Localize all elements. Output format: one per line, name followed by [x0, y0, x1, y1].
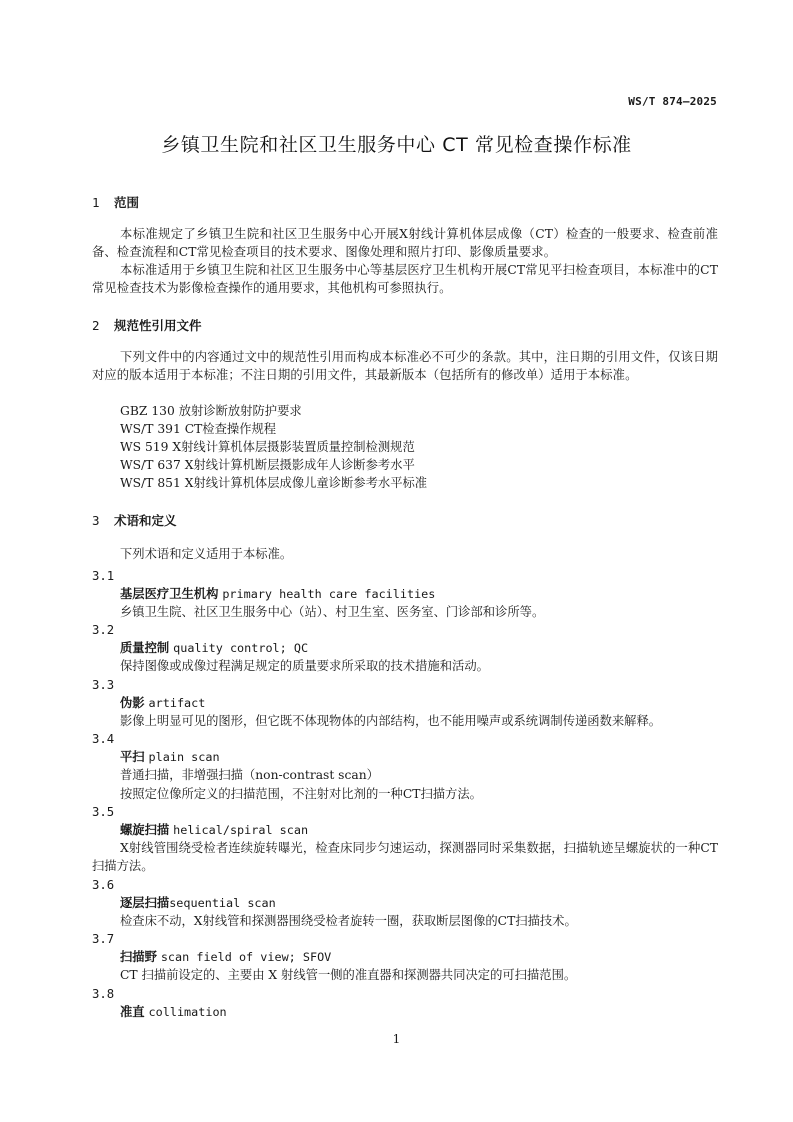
term-definition: X射线管围绕受检者连续旋转曝光，检查床同步匀速运动，探测器同时采集数据，扫描轨迹… [92, 839, 718, 875]
clause-number: 3.6 [92, 876, 114, 894]
paragraph: 本标准适用于乡镇卫生院和社区卫生服务中心等基层医疗卫生机构开展CT常见平扫检查项… [92, 261, 718, 297]
term-title: 伪影 artifact [120, 694, 205, 712]
term-en: artifact [149, 696, 206, 710]
term-zh: 伪影 [120, 696, 145, 710]
term-title: 螺旋扫描 helical/spiral scan [120, 821, 308, 839]
term-title: 扫描野 scan field of view; SFOV [120, 948, 331, 966]
section-number: 2 [92, 318, 114, 333]
term-zh: 逐层扫描 [120, 896, 169, 910]
clause-number: 3.1 [92, 567, 114, 585]
reference-item: WS 519 X射线计算机体层摄影装置质量控制检测规范 [120, 438, 415, 456]
section-title: 范围 [114, 195, 139, 210]
section-title: 术语和定义 [114, 513, 177, 528]
clause-number: 3.2 [92, 621, 114, 639]
term-zh: 准直 [120, 1005, 145, 1019]
term-definition: 检查床不动，X射线管和探测器围绕受检者旋转一圈，获取断层图像的CT扫描技术。 [120, 912, 718, 930]
reference-item: WS/T 637 X射线计算机断层摄影成年人诊断参考水平 [120, 456, 415, 474]
term-definition: 乡镇卫生院、社区卫生服务中心（站）、村卫生室、医务室、门诊部和诊所等。 [120, 603, 718, 621]
term-definition: 影像上明显可见的图形，但它既不体现物体的内部结构，也不能用噪声或系统调制传递函数… [120, 712, 718, 730]
term-zh: 平扫 [120, 750, 145, 764]
section-2-heading: 2规范性引用文件 [92, 316, 202, 334]
section-1-heading: 1范围 [92, 193, 139, 211]
term-definition: 按照定位像所定义的扫描范围，不注射对比剂的一种CT扫描方法。 [120, 785, 718, 803]
section-intro: 下列术语和定义适用于本标准。 [120, 545, 292, 563]
section-number: 1 [92, 195, 114, 210]
term-title: 基层医疗卫生机构 primary health care facilities [120, 585, 435, 603]
term-zh: 基层医疗卫生机构 [120, 587, 218, 601]
section-3-heading: 3术语和定义 [92, 511, 177, 529]
term-en: plain scan [149, 750, 220, 764]
term-en: collimation [149, 1005, 227, 1019]
clause-number: 3.4 [92, 730, 114, 748]
reference-item: WS/T 391 CT检查操作规程 [120, 420, 276, 438]
reference-item: WS/T 851 X射线计算机体层成像儿童诊断参考水平标准 [120, 474, 427, 492]
clause-number: 3.5 [92, 803, 114, 821]
paragraph: 本标准规定了乡镇卫生院和社区卫生服务中心开展X射线计算机体层成像（CT）检查的一… [92, 225, 718, 261]
term-title: 逐层扫描sequential scan [120, 894, 276, 912]
term-definition: CT 扫描前设定的、主要由 X 射线管一侧的准直器和探测器共同决定的可扫描范围。 [120, 966, 718, 984]
term-definition: 保持图像或成像过程满足规定的质量要求所采取的技术措施和活动。 [120, 657, 718, 675]
section-number: 3 [92, 513, 114, 528]
term-title: 准直 collimation [120, 1003, 227, 1021]
term-zh: 质量控制 [120, 641, 169, 655]
clause-number: 3.8 [92, 985, 114, 1003]
term-title: 平扫 plain scan [120, 748, 220, 766]
term-zh: 螺旋扫描 [120, 823, 169, 837]
paragraph: 下列文件中的内容通过文中的规范性引用而构成本标准必不可少的条款。其中，注日期的引… [92, 348, 718, 384]
document-title: 乡镇卫生院和社区卫生服务中心 CT 常见检查操作标准 [0, 130, 793, 157]
standard-code: WS/T 874—2025 [628, 95, 717, 108]
term-en: scan field of view; SFOV [161, 950, 331, 964]
reference-item: GBZ 130 放射诊断放射防护要求 [120, 402, 302, 420]
term-en: quality control; QC [173, 641, 308, 655]
term-en: primary health care facilities [222, 587, 435, 601]
clause-number: 3.7 [92, 930, 114, 948]
clause-number: 3.3 [92, 676, 114, 694]
term-title: 质量控制 quality control; QC [120, 639, 308, 657]
page-number: 1 [0, 1032, 793, 1046]
section-title: 规范性引用文件 [114, 318, 202, 333]
term-en: sequential scan [169, 896, 276, 910]
term-zh: 扫描野 [120, 950, 157, 964]
term-synonym: 普通扫描，非增强扫描（non-contrast scan） [120, 766, 718, 784]
term-en: helical/spiral scan [173, 823, 308, 837]
